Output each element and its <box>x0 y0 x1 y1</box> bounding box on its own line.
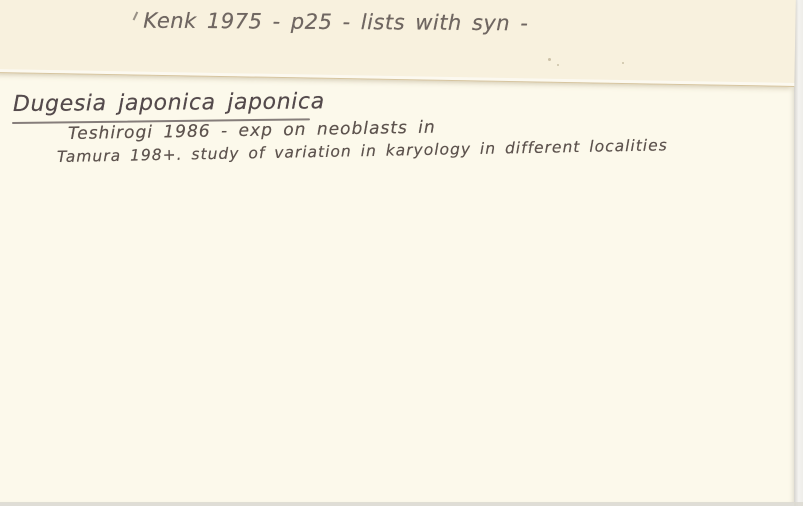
top-card-note: Kenk 1975 - p25 - lists with syn - <box>143 9 528 36</box>
scanner-background-right <box>794 0 803 506</box>
paper-speck <box>622 62 624 64</box>
scanned-index-card-photo: Dugesia japonica japonica Teshirogi 1986… <box>0 0 803 506</box>
pen-tick-mark <box>133 11 139 20</box>
paper-speck <box>548 58 551 61</box>
paper-speck <box>557 64 559 66</box>
top-index-card: Kenk 1975 - p25 - lists with syn - <box>0 0 796 87</box>
scanner-background-bottom <box>0 502 803 506</box>
species-title: Dugesia japonica japonica <box>13 89 325 117</box>
